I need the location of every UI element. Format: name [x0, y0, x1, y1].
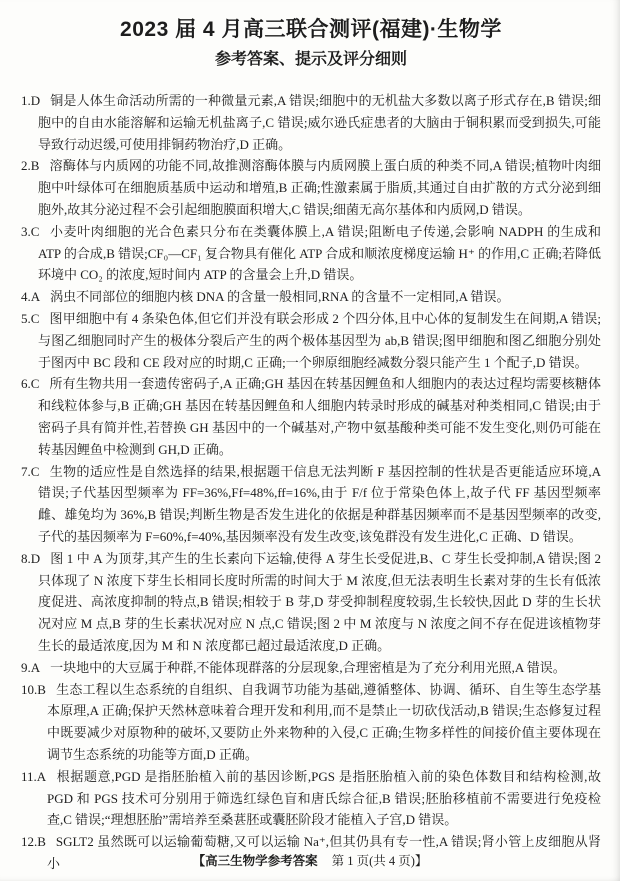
answer-text: 铜是人体生命活动所需的一种微量元素,A 错误;细胞中的无机盐大多数以离子形式存在… [38, 93, 601, 152]
answer-number: 12.B [21, 834, 46, 849]
answer-item-6: 6.C所有生物共用一套遗传密码子,A 正确;GH 基因在转基因鲤鱼和人细胞内的表… [21, 373, 601, 460]
answer-item-9: 9.A一块地中的大豆属于种群,不能体现群落的分层现象,合理密植是为了充分利用光照… [21, 657, 601, 679]
footer-book-title: 【高三生物学参考答案 [193, 854, 318, 868]
answer-text: 图甲细胞中有 4 条染色体,但它们并没有联会形成 2 个四分体,且中心体的复制发… [38, 311, 601, 370]
answer-item-11: 11.A根据题意,PGD 是指胚胎植入前的基因诊断,PGS 是指胚胎植入前的染色… [21, 766, 601, 831]
answer-item-2: 2.B溶酶体与内质网的功能不同,故推测溶酶体膜与内质网膜上蛋白质的种类不同,A … [21, 155, 601, 220]
answer-number: 3.C [21, 224, 39, 239]
answer-text: 生态工程以生态系统的自组织、自我调节功能为基础,遵循整体、协调、循环、自生等生态… [47, 682, 601, 762]
answer-text: 溶酶体与内质网的功能不同,故推测溶酶体膜与内质网膜上蛋白质的种类不同,A 错误;… [38, 158, 601, 217]
answer-text: 图 1 中 A 为顶芽,其产生的生长素向下运输,使得 A 芽生长受促进,B、C … [38, 551, 601, 653]
answer-text: 所有生物共用一套遗传密码子,A 正确;GH 基因在转基因鲤鱼和人细胞内的表达过程… [38, 376, 601, 456]
answer-item-1: 1.D铜是人体生命活动所需的一种微量元素,A 错误;细胞中的无机盐大多数以离子形… [21, 90, 601, 155]
answer-number: 1.D [21, 93, 40, 108]
page-footer: 【高三生物学参考答案第 1 页(共 4 页)】 [0, 853, 620, 869]
answer-item-3: 3.C小麦叶肉细胞的光合色素只分布在类囊体膜上,A 错误;阻断电子传递,会影响 … [21, 221, 601, 286]
answer-item-5: 5.C图甲细胞中有 4 条染色体,但它们并没有联会形成 2 个四分体,且中心体的… [21, 308, 601, 373]
answer-text: 根据题意,PGD 是指胚胎植入前的基因诊断,PGS 是指胚胎植入前的染色体数目和… [47, 769, 601, 828]
answer-item-10: 10.B生态工程以生态系统的自组织、自我调节功能为基础,遵循整体、协调、循环、自… [21, 679, 601, 766]
answers-list: 1.D铜是人体生命活动所需的一种微量元素,A 错误;细胞中的无机盐大多数以离子形… [21, 90, 601, 875]
answer-item-8: 8.D图 1 中 A 为顶芽,其产生的生长素向下运输,使得 A 芽生长受促进,B… [21, 548, 601, 657]
answer-number: 9.A [21, 660, 40, 675]
answer-number: 8.D [21, 551, 40, 566]
answer-number: 5.C [21, 311, 39, 326]
answer-number: 2.B [21, 158, 39, 173]
answer-number: 7.C [21, 464, 39, 479]
document-page: 2023 届 4 月高三联合测评(福建)·生物学 参考答案、提示及评分细则 1.… [0, 0, 620, 881]
answer-number: 6.C [21, 376, 39, 391]
answer-item-4: 4.A涡虫不同部位的细胞内核 DNA 的含量一般相同,RNA 的含量不一定相同,… [21, 286, 601, 308]
document-subtitle: 参考答案、提示及评分细则 [21, 49, 601, 71]
answer-text: 小麦叶肉细胞的光合色素只分布在类囊体膜上,A 错误;阻断电子传递,会影响 NAD… [38, 224, 601, 283]
document-title: 2023 届 4 月高三联合测评(福建)·生物学 [21, 16, 601, 43]
answer-number: 11.A [21, 769, 46, 784]
answer-text: 一块地中的大豆属于种群,不能体现群落的分层现象,合理密植是为了充分利用光照,A … [50, 660, 566, 675]
answer-number: 10.B [21, 682, 46, 697]
answer-text: 涡虫不同部位的细胞内核 DNA 的含量一般相同,RNA 的含量不一定相同,A 错… [50, 289, 509, 304]
answer-item-7: 7.C生物的适应性是自然选择的结果,根据题干信息无法判断 F 基因控制的性状是否… [21, 461, 601, 548]
answer-number: 4.A [21, 289, 40, 304]
footer-page-number: 第 1 页(共 4 页)】 [332, 854, 428, 868]
answer-text: 生物的适应性是自然选择的结果,根据题干信息无法判断 F 基因控制的性状是否更能适… [38, 464, 601, 544]
